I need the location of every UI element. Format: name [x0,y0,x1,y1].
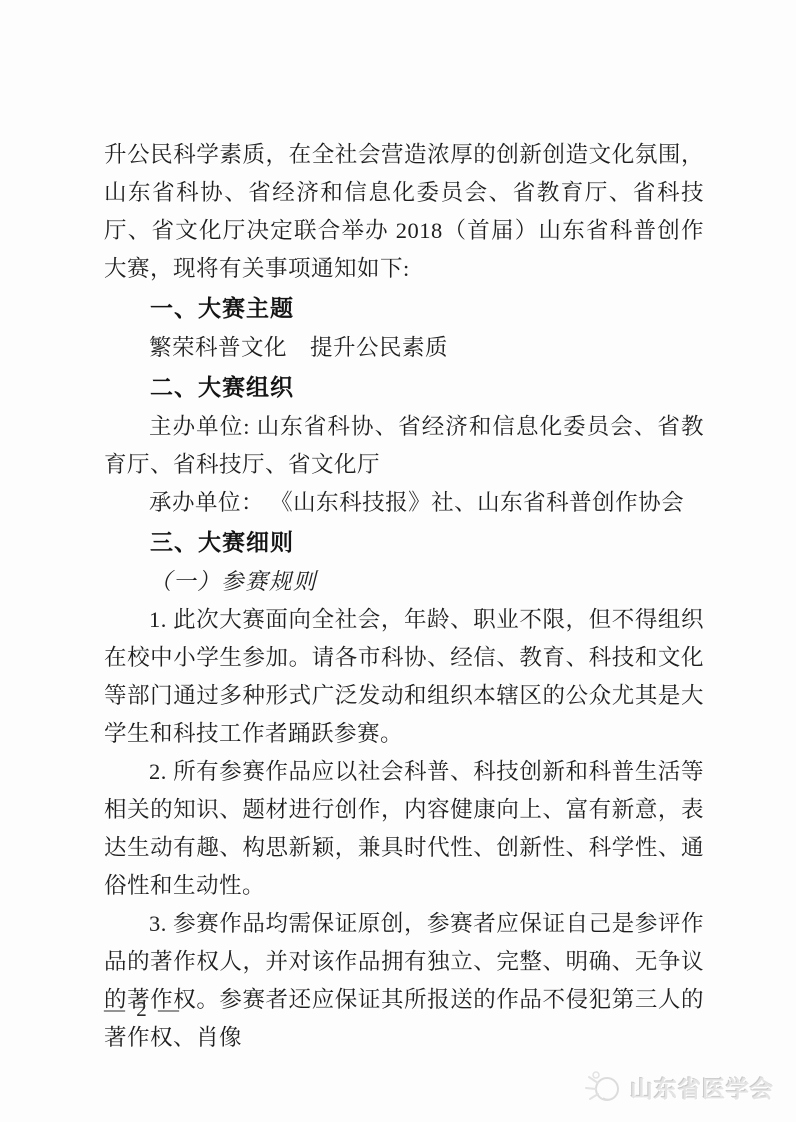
rule-1-paragraph: 1. 此次大赛面向全社会，年龄、职业不限，但不得组织在校中小学生参加。请各市科协… [104,601,704,753]
undertaker-line: 承办单位： 《山东科技报》社、山东省科普创作协会 [104,484,704,522]
rule-3-paragraph: 3. 参赛作品均需保证原创，参赛者应保证自己是参评作品的著作权人，并对该作品拥有… [104,905,704,1057]
section-1-heading: 一、大赛主题 [104,289,704,328]
section-2-heading: 二、大赛组织 [104,368,704,407]
intro-paragraph: 升公民科学素质，在全社会营造浓厚的创新创造文化氛围，山东省科协、省经济和信息化委… [104,136,704,288]
rule-2-paragraph: 2. 所有参赛作品应以社会科普、科技创新和科普生活等相关的知识、题材进行创作，内… [104,753,704,905]
medical-association-logo-icon [581,1068,625,1106]
theme-line: 繁荣科普文化 提升公民素质 [104,329,704,367]
organizer-line: 主办单位: 山东省科协、省经济和信息化委员会、省教育厅、省科技厅、省文化厅 [104,408,704,484]
watermark: 山东省医学会 [581,1068,774,1106]
rules-subheading: （一）参赛规则 [104,563,704,601]
page-number: — 2 — [104,997,182,1022]
document-body: 升公民科学素质，在全社会营造浓厚的创新创造文化氛围，山东省科协、省经济和信息化委… [104,136,704,1057]
document-page: 升公民科学素质，在全社会营造浓厚的创新创造文化氛围，山东省科协、省经济和信息化委… [0,0,796,1122]
watermark-text: 山东省医学会 [630,1071,774,1104]
section-3-heading: 三、大赛细则 [104,523,704,562]
